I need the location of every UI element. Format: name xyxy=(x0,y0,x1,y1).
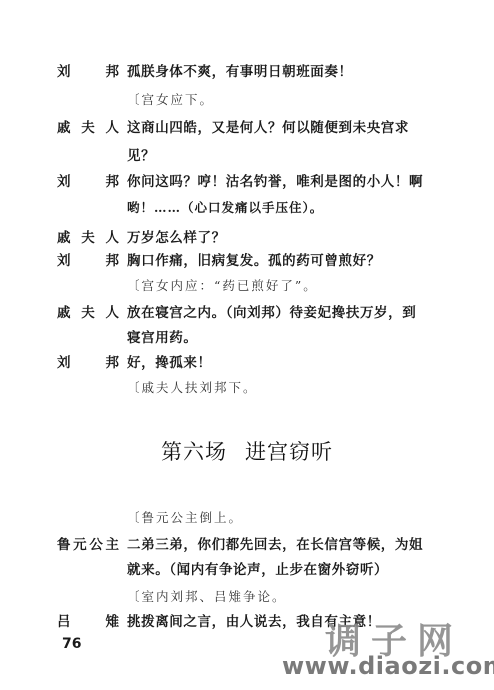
dialogue-text: 寝宫用药。 xyxy=(127,327,198,349)
watermark-url: www.diaozi.com xyxy=(282,652,494,680)
dialogue-line: 刘 邦 孤朕身体不爽，有事明日朝班面奏！ xyxy=(0,61,494,83)
speaker-name: 吕 雉 xyxy=(57,611,119,633)
speaker-name: 戚 夫 人 xyxy=(57,302,119,324)
speaker-char: 戚 xyxy=(57,117,71,139)
speaker-char: 刘 xyxy=(57,250,71,272)
speaker-name: 刘 邦 xyxy=(57,61,119,83)
speaker-char: 公 xyxy=(89,534,103,556)
dialogue-text: 就来。（闻内有争论声，止步在窗外窃听） xyxy=(127,559,388,581)
stage-direction: 〔室内刘邦、吕雉争论。 xyxy=(0,586,494,608)
speaker-char: 夫 xyxy=(81,117,95,139)
dialogue-continuation: 就来。（闻内有争论声，止步在窗外窃听） xyxy=(0,559,494,581)
speaker-name: 刘 邦 xyxy=(57,171,119,193)
page-number: 76 xyxy=(62,636,81,652)
speaker-char: 邦 xyxy=(106,352,120,374)
dialogue-text: 哟！……（心口发痛以手压住）。 xyxy=(127,197,323,219)
speaker-char: 人 xyxy=(106,227,120,249)
speaker-char: 刘 xyxy=(57,61,71,83)
stage-text: 〔戚夫人扶刘邦下。 xyxy=(127,377,258,399)
speaker-char: 元 xyxy=(73,534,87,556)
dialogue-text: 放在寝宫之内。（向刘邦）待妾妃搀扶万岁，到 xyxy=(127,302,416,324)
dialogue-continuation: 见？ xyxy=(0,145,494,167)
speaker-char: 夫 xyxy=(81,227,95,249)
speaker-char: 邦 xyxy=(106,171,120,193)
speaker-char: 人 xyxy=(106,117,120,139)
dialogue-continuation: 哟！……（心口发痛以手压住）。 xyxy=(0,197,494,219)
speaker-name: 鲁 元 公 主 xyxy=(57,534,119,556)
stage-text: 〔室内刘邦、吕雉争论。 xyxy=(127,586,287,608)
stage-direction: 〔戚夫人扶刘邦下。 xyxy=(0,377,494,399)
speaker-char: 吕 xyxy=(57,611,71,633)
stage-direction: 〔鲁元公主倒上。 xyxy=(0,507,494,529)
dialogue-continuation: 寝宫用药。 xyxy=(0,327,494,349)
dialogue-line: 刘 邦 好，搀孤来！ xyxy=(0,352,494,374)
stage-direction: 〔宫女内应：“药已煎好了”。 xyxy=(0,275,494,297)
speaker-name: 戚 夫 人 xyxy=(57,117,119,139)
speaker-name: 刘 邦 xyxy=(57,250,119,272)
dialogue-text: 二弟三弟，你们都先回去，在长信宫等候，为姐 xyxy=(127,534,423,556)
dialogue-line: 鲁 元 公 主 二弟三弟，你们都先回去，在长信宫等候，为姐 xyxy=(0,534,494,556)
dialogue-text: 胸口作痛，旧病复发。孤的药可曾煎好？ xyxy=(127,250,381,272)
speaker-char: 鲁 xyxy=(57,534,71,556)
scene-name: 进宫窃听 xyxy=(245,440,333,464)
speaker-char: 邦 xyxy=(106,61,120,83)
scene-title: 第六场进宫窃听 xyxy=(0,436,494,466)
dialogue-text: 这商山四皓，又是何人？何以随便到未央宫求 xyxy=(127,117,409,139)
speaker-char: 邦 xyxy=(106,250,120,272)
speaker-char: 戚 xyxy=(57,227,71,249)
speaker-char: 人 xyxy=(106,302,120,324)
speaker-char: 戚 xyxy=(57,302,71,324)
dialogue-text: 见？ xyxy=(127,145,155,167)
speaker-char: 刘 xyxy=(57,352,71,374)
dialogue-line: 戚 夫 人 这商山四皓，又是何人？何以随便到未央宫求 xyxy=(0,117,494,139)
dialogue-text: 你问这吗？哼！沽名钓誉，唯利是图的小人！啊 xyxy=(127,171,423,193)
speaker-name: 刘 邦 xyxy=(57,352,119,374)
speaker-char: 夫 xyxy=(81,302,95,324)
stage-text: 〔宫女内应：“药已煎好了”。 xyxy=(127,275,318,297)
dialogue-text: 万岁怎么样了？ xyxy=(127,227,226,249)
dialogue-line: 戚 夫 人 放在寝宫之内。（向刘邦）待妾妃搀扶万岁，到 xyxy=(0,302,494,324)
speaker-name: 戚 夫 人 xyxy=(57,227,119,249)
scene-number: 第六场 xyxy=(161,440,227,464)
speaker-char: 雉 xyxy=(106,611,120,633)
dialogue-text: 孤朕身体不爽，有事明日朝班面奏！ xyxy=(127,61,353,83)
dialogue-line: 刘 邦 胸口作痛，旧病复发。孤的药可曾煎好？ xyxy=(0,250,494,272)
dialogue-text: 好，搀孤来！ xyxy=(127,352,212,374)
speaker-char: 刘 xyxy=(57,171,71,193)
dialogue-line: 刘 邦 你问这吗？哼！沽名钓誉，唯利是图的小人！啊 xyxy=(0,171,494,193)
stage-text: 〔鲁元公主倒上。 xyxy=(127,507,243,529)
stage-text: 〔宫女应下。 xyxy=(127,89,214,111)
speaker-char: 主 xyxy=(105,534,119,556)
stage-direction: 〔宫女应下。 xyxy=(0,89,494,111)
dialogue-line: 戚 夫 人 万岁怎么样了？ xyxy=(0,227,494,249)
